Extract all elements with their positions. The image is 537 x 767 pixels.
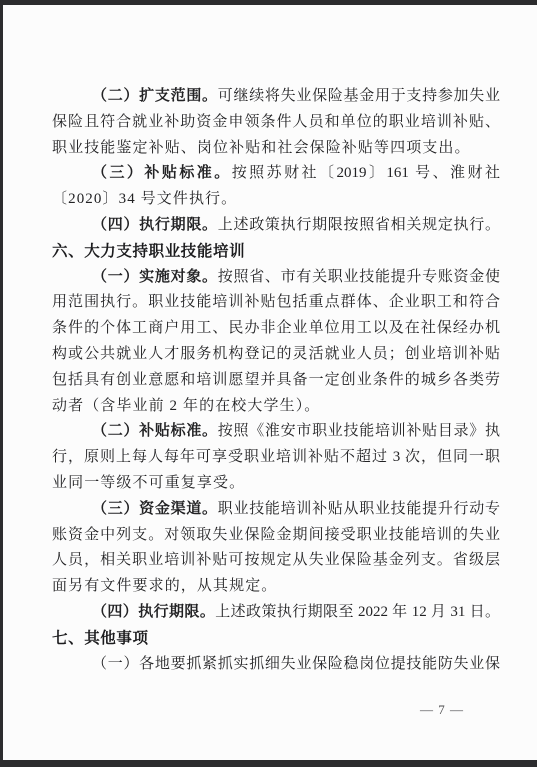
item-label: （四）执行期限。	[92, 217, 218, 233]
scan-edge-left	[0, 0, 3, 767]
section-heading: 六、大力支持职业技能培训	[52, 239, 500, 265]
text-segment: 人员，相关职业培训补贴可按规定从失业保险基金列支。省级层	[52, 552, 500, 568]
page-number: — 7 —	[404, 701, 480, 718]
text-segment: 行，原则上每人每年可享受职业培训补贴不超过 3 次，但同一职	[52, 449, 500, 465]
text-segment: 七、其他事项	[52, 630, 149, 647]
text-segment: 上述政策执行期限按照省相关规定执行。	[218, 217, 500, 233]
text-line: 账资金中列支。对领取失业保险金期间接受职业技能培训的失业	[52, 523, 500, 549]
text-line: 业同一等级不可重复享受。	[52, 471, 500, 497]
text-line: 行，原则上每人每年可享受职业培训补贴不超过 3 次，但同一职	[52, 445, 500, 471]
text-line: 动者（含毕业前 2 年的在校大学生）。	[52, 394, 500, 420]
text-line: （二）扩支范围。可继续将失业保险基金用于支持参加失业	[52, 84, 500, 110]
item-label: （四）执行期限。	[92, 604, 215, 620]
item-label: （一）实施对象。	[92, 269, 218, 285]
text-segment: 上述政策执行期限至 2022 年 12 月 31 日。	[215, 604, 500, 620]
text-line: 保险且符合就业补助资金申领条件人员和单位的职业培训补贴、	[52, 110, 500, 136]
text-segment: 职业技能鉴定补贴、岗位补贴和社会保险补贴等四项支出。	[52, 140, 471, 156]
text-segment: 按照苏财社〔2019〕161 号、淮财社	[232, 165, 500, 181]
section-heading: 七、其他事项	[52, 626, 500, 652]
text-line: 用范围执行。职业技能培训补贴包括重点群体、企业职工和符合	[52, 290, 500, 316]
text-segment: 六、大力支持职业技能培训	[52, 243, 245, 260]
text-segment: 包括具有创业意愿和培训愿望并具备一定创业条件的城乡各类劳	[52, 372, 500, 388]
text-segment: （一）各地要抓紧抓实抓细失业保险稳岗位提技能防失业保	[92, 656, 500, 672]
text-segment: 〔2020〕34 号文件执行。	[52, 191, 237, 207]
text-line: 包括具有创业意愿和培训愿望并具备一定创业条件的城乡各类劳	[52, 368, 500, 394]
text-line: （四）执行期限。上述政策执行期限按照省相关规定执行。	[52, 213, 500, 239]
text-segment: 业同一等级不可重复享受。	[52, 475, 245, 491]
text-line: （三）补贴标准。按照苏财社〔2019〕161 号、淮财社	[52, 161, 500, 187]
text-segment: 按照《淮安市职业技能培训补贴目录》执	[218, 423, 500, 439]
text-line: （三）资金渠道。职业技能培训补贴从职业技能提升行动专	[52, 497, 500, 523]
text-line: 面另有文件要求的，从其规定。	[52, 574, 500, 600]
text-line: （二）补贴标准。按照《淮安市职业技能培训补贴目录》执	[52, 419, 500, 445]
scan-edge-top	[0, 0, 537, 5]
item-label: （三）补贴标准。	[92, 165, 232, 181]
document-body: （二）扩支范围。可继续将失业保险基金用于支持参加失业保险且符合就业补助资金申领条…	[52, 84, 500, 677]
item-label: （二）补贴标准。	[92, 423, 218, 439]
text-line: （一）实施对象。按照省、市有关职业技能提升专账资金使	[52, 265, 500, 291]
scan-edge-bottom	[0, 760, 537, 767]
text-segment: 构或公共就业人才服务机构登记的灵活就业人员；创业培训补贴	[52, 346, 500, 362]
text-segment: 动者（含毕业前 2 年的在校大学生）。	[52, 398, 320, 414]
text-line: 职业技能鉴定补贴、岗位补贴和社会保险补贴等四项支出。	[52, 136, 500, 162]
text-segment: 用范围执行。职业技能培训补贴包括重点群体、企业职工和符合	[52, 294, 500, 310]
text-line: （一）各地要抓紧抓实抓细失业保险稳岗位提技能防失业保	[52, 652, 500, 678]
text-segment: 账资金中列支。对领取失业保险金期间接受职业技能培训的失业	[52, 527, 500, 543]
text-segment: 按照省、市有关职业技能提升专账资金使	[218, 269, 500, 285]
text-segment: 面另有文件要求的，从其规定。	[52, 578, 277, 594]
text-segment: 可继续将失业保险基金用于支持参加失业	[218, 88, 500, 104]
scanned-document-page: （二）扩支范围。可继续将失业保险基金用于支持参加失业保险且符合就业补助资金申领条…	[0, 0, 537, 767]
text-segment: 职业技能培训补贴从职业技能提升行动专	[218, 501, 500, 517]
text-line: 条件的个体工商户用工、民办非企业单位用工以及在社保经办机	[52, 316, 500, 342]
text-line: 〔2020〕34 号文件执行。	[52, 187, 500, 213]
text-segment: 条件的个体工商户用工、民办非企业单位用工以及在社保经办机	[52, 320, 500, 336]
item-label: （三）资金渠道。	[92, 501, 218, 517]
text-line: 构或公共就业人才服务机构登记的灵活就业人员；创业培训补贴	[52, 342, 500, 368]
text-segment: 保险且符合就业补助资金申领条件人员和单位的职业培训补贴、	[52, 114, 500, 130]
text-line: （四）执行期限。上述政策执行期限至 2022 年 12 月 31 日。	[52, 600, 500, 626]
text-line: 人员，相关职业培训补贴可按规定从失业保险基金列支。省级层	[52, 548, 500, 574]
item-label: （二）扩支范围。	[92, 88, 218, 104]
